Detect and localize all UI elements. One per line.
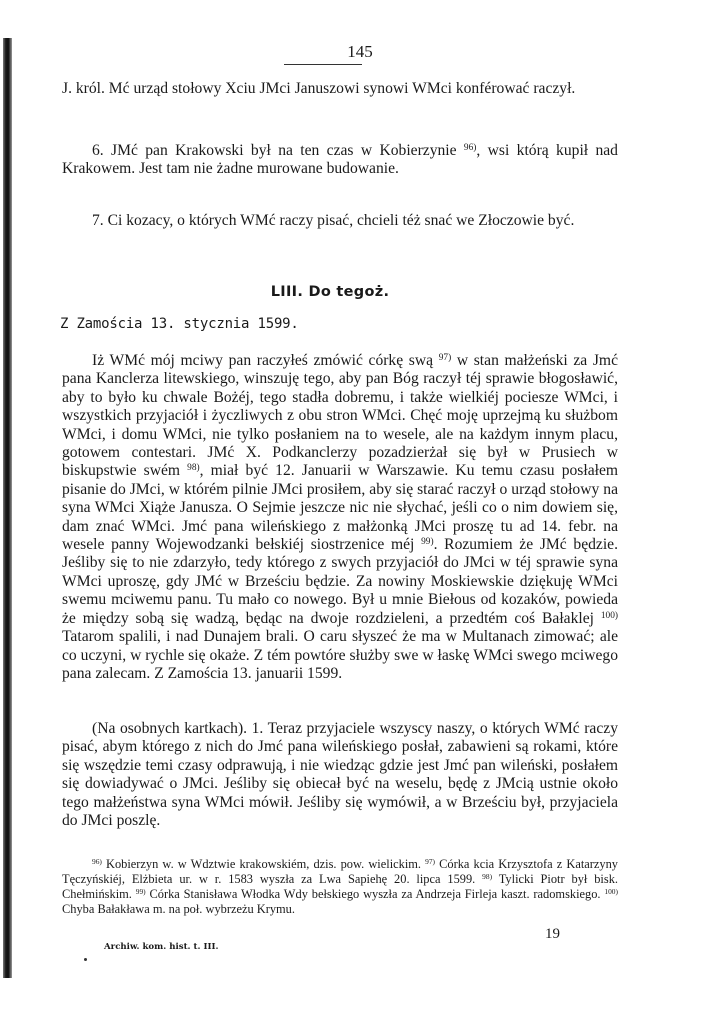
letter-dateline: Z Zamościa 13. stycznia 1599.	[60, 316, 299, 332]
book-binding-edge	[3, 38, 12, 978]
page-number: 145	[0, 42, 720, 62]
footnotes: 96) Kobierzyn w. w Wdztwie krakowskiém, …	[62, 857, 618, 917]
footnote-100: Chyba Bałakława m. na poł. wybrzeżu Krym…	[62, 902, 295, 916]
footnote-100-marker: 100)	[604, 887, 618, 896]
footnote-96-marker: 96)	[92, 857, 102, 866]
item-6-paragraph: 6. JMć pan Krakowski był na ten czas w K…	[62, 142, 618, 179]
postscript-text: (Na osobnych kartkach). 1. Teraz przyjac…	[62, 720, 618, 830]
footnote-ref-98: 98)	[187, 463, 199, 473]
footnote-97-marker: 97)	[425, 857, 435, 866]
item-7-paragraph: 7. Ci kozacy, o których WMć raczy pisać,…	[62, 212, 618, 230]
footnote-98-marker: 98)	[482, 872, 492, 881]
page-number-rule	[284, 64, 362, 65]
item-6-text: 6. JMć pan Krakowski był na ten czas w K…	[92, 142, 457, 159]
footnote-ref-99: 99)	[421, 537, 433, 547]
letter-body: Iż WMć mój mciwy pan raczyłeś zmówić cór…	[62, 352, 618, 683]
signature-line: Archiw. kom. hist. t. III.	[104, 942, 219, 952]
carry-over-paragraph: J. król. Mć urząd stołowy Xciu JMci Janu…	[62, 80, 618, 98]
letter-heading: LIII. Do tegoż.	[0, 284, 660, 300]
letter-postscript: (Na osobnych kartkach). 1. Teraz przyjac…	[62, 720, 618, 830]
signature-mark: 19	[545, 926, 560, 943]
stray-mark	[84, 958, 87, 961]
footnote-ref-100: 100)	[601, 611, 618, 621]
carry-over-text: J. król. Mć urząd stołowy Xciu JMci Janu…	[62, 80, 618, 98]
letter-paragraph-1: Iż WMć mój mciwy pan raczyłeś zmówić cór…	[62, 352, 618, 683]
footnote-ref-96: 96)	[464, 143, 476, 153]
footnote-ref-97: 97)	[439, 353, 451, 363]
footnote-99: Córka Stanisława Włodka Wdy bełskiego wy…	[146, 887, 605, 901]
footnote-99-marker: 99)	[136, 887, 146, 896]
footnote-96: Kobierzyn w. w Wdztwie krakowskiém, dzis…	[102, 857, 425, 871]
item-7-text: 7. Ci kozacy, o których WMć raczy pisać,…	[62, 212, 618, 230]
